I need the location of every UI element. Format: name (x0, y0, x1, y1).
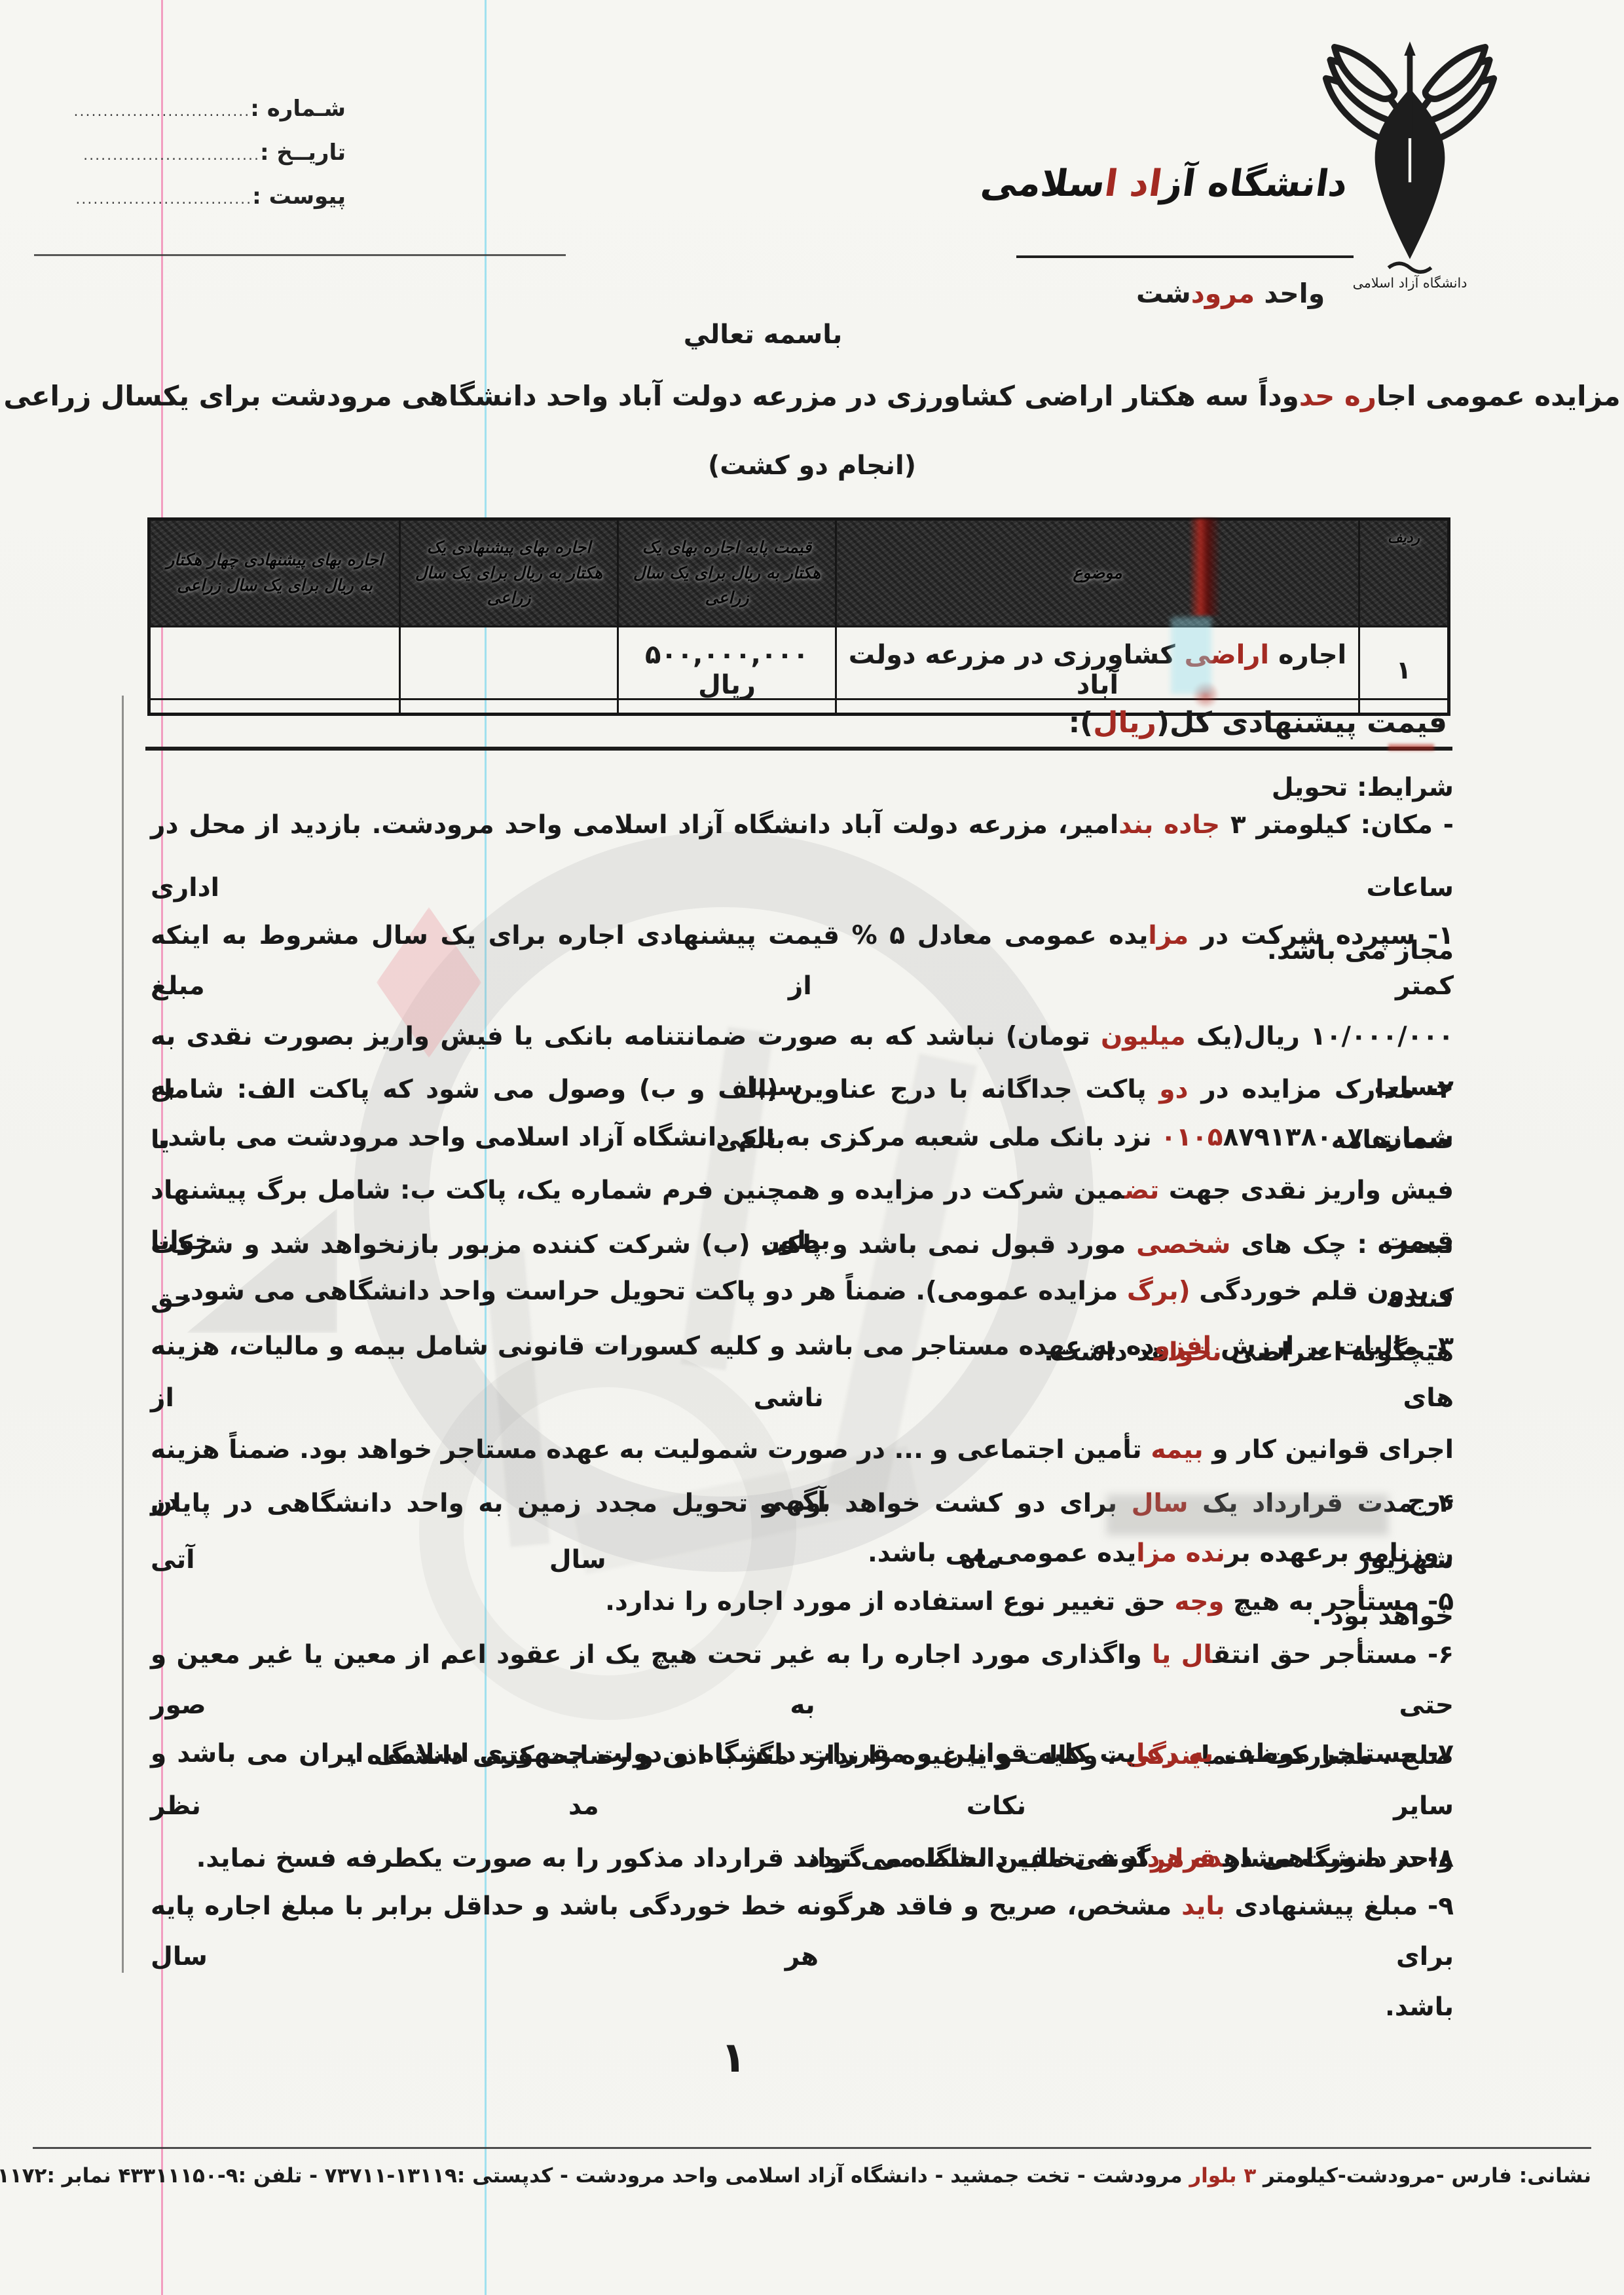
letterhead-fields: شـماره :..............................تا… (35, 96, 346, 227)
letterhead-field-row: پیوست :.............................. (35, 183, 346, 210)
text-segment: ۱- سپرده شرکت در (1189, 921, 1454, 950)
text-segment: ۸- در صورت مشاه (1223, 1844, 1454, 1873)
paragraph-item9: ۹- مبلغ پیشنهادی باید مشخص، صریح و فاقد … (151, 1881, 1454, 2032)
red-text-segment: مزا (1148, 921, 1189, 950)
column-header: ردیف (1359, 519, 1449, 627)
university-name: دانشگاه آزاد اسلامی (971, 162, 1357, 205)
footer-address: نشانی: فارس -مرودشت-کیلومتر ۳ بلوار مرود… (20, 2164, 1591, 2188)
text-line: ۱- سپرده شرکت در مزایده عمومی معادل ۵ % … (151, 910, 1454, 1011)
text-segment: وداً سه هکتار اراضی کشاورزی در مزرعه دول… (3, 380, 1299, 412)
red-text-segment: مرود (1191, 278, 1255, 309)
red-text-segment: اد ا (1102, 162, 1165, 205)
letterhead-divider-left (34, 254, 566, 256)
red-text-segment: جاده بند (1118, 810, 1220, 840)
scan-artifact-cyan-streak (1171, 617, 1211, 694)
text-segment: ۱ (1396, 656, 1411, 684)
text-line: باشد. (151, 1982, 1454, 2032)
page-number: ۱ (0, 2034, 1545, 2082)
field-label: تاریــخ : (260, 140, 346, 166)
table-double-border-line (147, 698, 1447, 700)
text-segment: ۲- مدارک مزایده در (1189, 1075, 1454, 1104)
table-cell: اجاره اراضی کشاورزی در مزرعه دولت آباد (836, 627, 1359, 715)
text-segment: کشاورزی در مزرعه دولت آباد (849, 640, 1185, 700)
red-text-segment: به رعا (1136, 1739, 1213, 1768)
text-segment: باشد. (1385, 1992, 1454, 2022)
red-text-segment: تض (1124, 1176, 1159, 1205)
text-segment: فیش واریز نقدی جهت (1159, 1176, 1454, 1205)
text-line: ۵- مستأجر به هیچ وجه حق تغییر نوع استفاد… (151, 1577, 1454, 1627)
table-cell (149, 627, 400, 715)
red-text-segment: میلیون (1101, 1022, 1186, 1051)
text-segment: اجرای قوانین کار و (1204, 1435, 1454, 1465)
text-segment: (انجام دو کشت) (708, 451, 916, 481)
text-line: ۷- مستاجر موظف به رعایت کلیه قوانین و مق… (151, 1728, 1454, 1833)
paragraph-item8: ۸- در صورت مشاهده هرگونه تخلف دانشگاه می… (151, 1834, 1454, 1884)
letterhead-field-row: شـماره :.............................. (35, 96, 346, 122)
text-segment: شت (1136, 278, 1191, 309)
red-text-segment: دو (1159, 1075, 1188, 1104)
section-divider-rule (145, 747, 1452, 751)
table-row: ۱اجاره اراضی کشاورزی در مزرعه دولت آباد۵… (149, 627, 1449, 715)
text-segment: ۷- مستاجر موظف (1213, 1739, 1454, 1768)
text-segment: گونه تخلف دانشگاه می تواند قرارداد مذکور… (196, 1844, 1151, 1873)
tender-table: ردیفموضوعقیمت پایه اجاره بهای یک هکتار ب… (147, 517, 1450, 716)
text-line: ۶- مستأجر حق انتقال یا واگذاری مورد اجار… (151, 1630, 1454, 1730)
divider-under-university-name (1016, 255, 1354, 258)
text-segment: مرودشت - تخت جمشید - دانشگاه آزاد اسلامی… (0, 2164, 1189, 2188)
total-price-heading: قیمت پیشنهادی کل(ریال): (147, 706, 1447, 739)
logo-caption: دانشگاه آزاد اسلامی (1353, 274, 1467, 291)
letterhead-field-row: تاریــخ :.............................. (35, 140, 346, 166)
paragraph-item5: ۵- مستأجر به هیچ وجه حق تغییر نوع استفاد… (151, 1577, 1454, 1627)
field-label: پیوست : (252, 183, 346, 210)
red-text-segment: ۳ بلوار (1189, 2164, 1256, 2188)
text-segment: تبصره : چک های (1230, 1230, 1454, 1259)
red-text-segment: ده هر (1151, 1844, 1223, 1873)
scan-artifact-margin-line (122, 696, 124, 1973)
text-segment: ۳- مالیات بر ارزش (1211, 1332, 1454, 1361)
table-cell: ۱ (1359, 627, 1449, 715)
red-text-segment: ریال (1093, 706, 1156, 739)
text-segment: سلامی (978, 162, 1108, 205)
table-header-row: ردیفموضوعقیمت پایه اجاره بهای یک هکتار ب… (149, 519, 1449, 627)
scan-artifact-red-streak (1189, 519, 1221, 616)
text-segment: ۶- مستأجر حق انتق (1213, 1640, 1454, 1670)
branch-name: واحد مرودشت (1136, 278, 1325, 309)
text-segment: ۵۰۰,۰۰۰,۰۰۰ ریال (645, 640, 809, 700)
field-dotted-leader: .............................. (35, 147, 260, 164)
footer-rule (33, 2147, 1591, 2149)
text-segment: حق تغییر نوع استفاده از مورد اجاره را ند… (605, 1587, 1174, 1616)
table-cell: ۵۰۰,۰۰۰,۰۰۰ ریال (618, 627, 836, 715)
scanned-tender-document: { "page": { "accent_red": "#a32a22", "pa… (0, 0, 1624, 2295)
scan-artifact-red-dash (1388, 744, 1434, 751)
text-segment: ۵- مستأجر به هیچ (1225, 1587, 1454, 1616)
bismillah: باسمه تعالي (49, 320, 1477, 350)
red-text-segment: شخصی (1136, 1230, 1230, 1259)
column-header: اجاره بهای پیشنهادی یک هکتار به ریال برا… (400, 519, 618, 627)
text-line: ۹- مبلغ پیشنهادی باید مشخص، صریح و فاقد … (151, 1881, 1454, 1982)
text-segment: ۱۰/۰۰۰/۰۰۰ ریال(یک (1186, 1022, 1454, 1051)
text-segment: ۹- مبلغ پیشنهادی (1225, 1892, 1454, 1921)
scan-artifact-gray-smudge (1107, 1495, 1388, 1535)
table-cell (400, 627, 618, 715)
text-segment: دانشگاه آز (1158, 162, 1350, 205)
red-text-segment: باید (1181, 1892, 1225, 1921)
text-segment: واحد (1255, 278, 1325, 309)
notice-subtitle: (انجام دو کشت) (0, 451, 1624, 481)
red-text-segment: افزو (1154, 1332, 1211, 1361)
text-segment: نشانی: فارس -مرودشت-کیلومتر (1256, 2164, 1591, 2188)
column-header: اجاره بهای پیشنهادی چهار هکتار به ریال ب… (149, 519, 400, 627)
text-segment: مزایده عمومی اجا (1376, 380, 1621, 412)
column-header: موضوع (836, 519, 1359, 627)
text-segment: اجاره (1269, 640, 1346, 670)
red-text-segment: بیمه (1151, 1435, 1203, 1465)
notice-title: مزایده عمومی اجاره حدوداً سه هکتار اراضی… (0, 380, 1624, 412)
text-segment: - مکان: کیلومتر ۳ (1220, 810, 1454, 840)
red-text-segment: ال یا (1152, 1640, 1213, 1670)
text-segment: قیمت پیشنهادی کل( (1156, 706, 1447, 739)
red-text-segment: ره حد (1299, 380, 1376, 412)
field-dotted-leader: .............................. (35, 191, 252, 208)
field-label: شـماره : (250, 96, 346, 122)
text-line: ۲- مدارک مزایده در دو پاکت جداگانه با در… (151, 1064, 1454, 1165)
text-line: ۳- مالیات بر ارزش افزوده به عهده مستاجر … (151, 1320, 1454, 1424)
text-line: - مکان: کیلومتر ۳ جاده بندامیر، مزرعه دو… (151, 794, 1454, 920)
field-dotted-leader: .............................. (35, 103, 250, 120)
column-header: قیمت پایه اجاره بهای یک هکتار به ریال بر… (618, 519, 836, 627)
text-line: تبصره : چک های شخصی مورد قبول نمی باشد و… (151, 1218, 1454, 1326)
text-line: ۸- در صورت مشاهده هرگونه تخلف دانشگاه می… (151, 1834, 1454, 1884)
red-text-segment: وجه (1175, 1587, 1225, 1616)
text-segment: ): (1069, 706, 1094, 739)
